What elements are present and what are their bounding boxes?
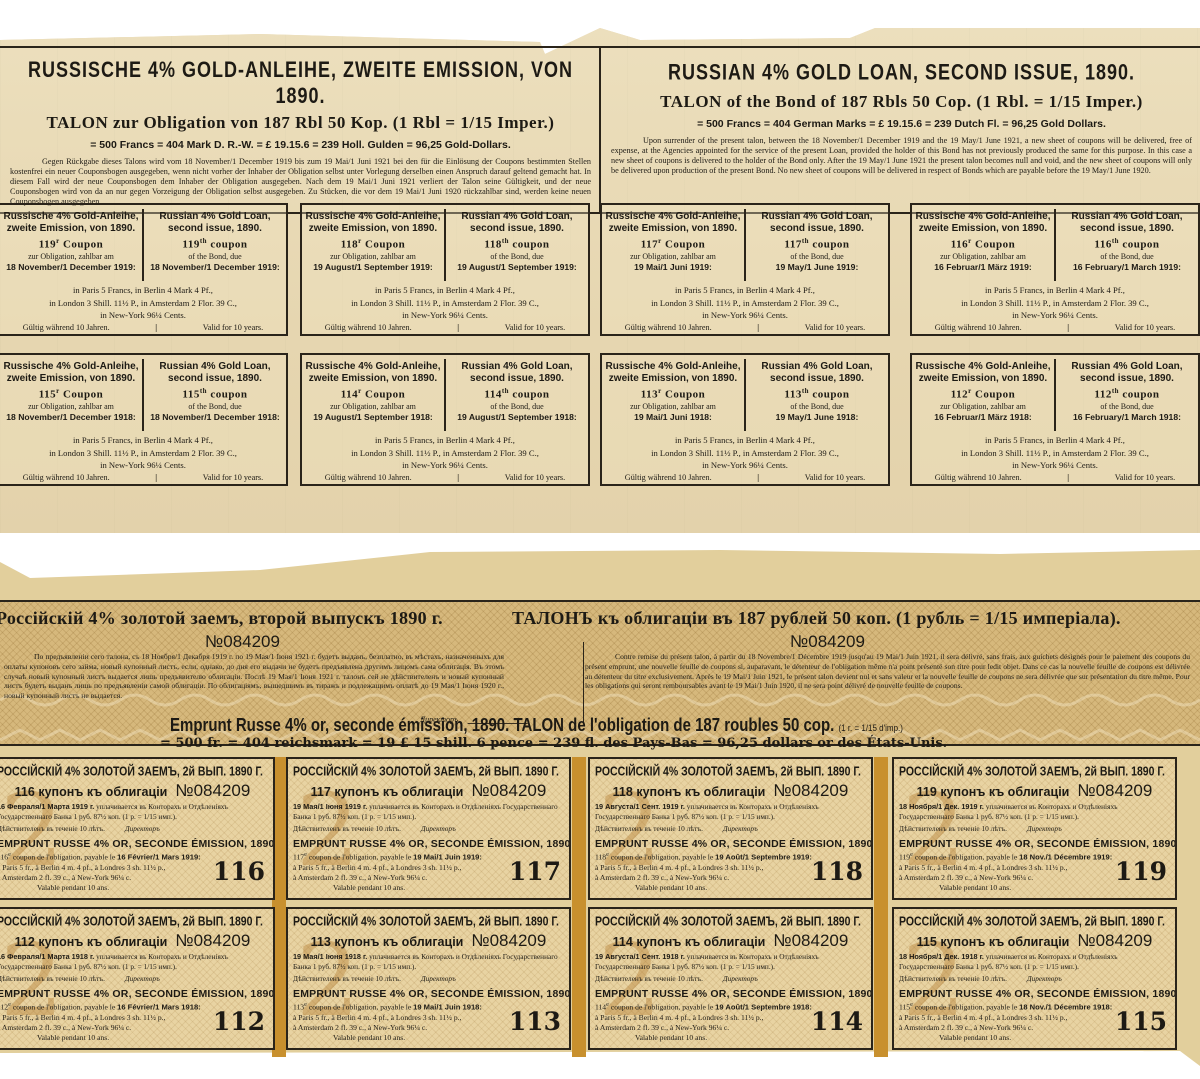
english-due-label: of the Bond, due: [144, 402, 286, 411]
bottom-coupon: 2 РОССІЙСКІЙ 4% ЗОЛОТОЙ ЗАЕМЪ, 2й ВЫП. 1…: [588, 757, 873, 900]
russian-payment-text: 18 Ноября/1 Дек. 1918 г. уплачивается въ…: [899, 952, 1170, 971]
russian-talon-title: ТАЛОНЪ къ облигаціи въ 187 рублей 50 коп…: [512, 608, 1121, 629]
german-loan-name: Russische 4% Gold-Anleihe,: [302, 361, 444, 373]
french-coupon-word: coupon de l'obligation, payable le: [13, 1003, 115, 1012]
validity-german: Gültig während 10 Jahren.: [23, 323, 110, 332]
english-loan-name: Russian 4% Gold Loan,: [144, 211, 286, 223]
french-due-date: 19 Mai/1 Juin 1918:: [413, 1003, 482, 1012]
english-coupon-number: 112th coupon: [1056, 387, 1198, 401]
coupon-english: Russian 4% Gold Loan, second issue, 1890…: [1054, 359, 1198, 431]
coupon-number: 116: [15, 785, 35, 799]
validity-row: Gültig während 10 Jahren. | Valid for 10…: [0, 323, 286, 332]
payment-line: in London 3 Shill. 11½ P., in Amsterdam …: [602, 447, 888, 460]
french-title-ratio: (1 r. = 1/15 d'imp.): [838, 723, 902, 734]
german-coupon-number: 119r Coupon: [0, 237, 142, 251]
coupon-number-large: 118: [811, 857, 863, 886]
russian-coupon-heading: 114 купонъ къ облигаціи №084209: [595, 931, 866, 951]
german-loan-issue: zweite Emission, von 1890.: [602, 373, 744, 385]
payment-amounts: in Paris 5 Francs, in Berlin 4 Mark 4 Pf…: [302, 434, 588, 472]
russian-payment-text: 19 Августа/1 Сент. 1918 г. уплачивается …: [595, 952, 866, 971]
english-loan-issue: second issue, 1890.: [144, 223, 286, 235]
payment-amounts: in Paris 5 Francs, in Berlin 4 Mark 4 Pf…: [0, 434, 286, 472]
french-coupon-word: coupon de l'obligation, payable le: [915, 853, 1017, 862]
payment-line: in New-York 96¼ Cents.: [302, 459, 588, 472]
divider: |: [1067, 473, 1069, 482]
english-loan-issue: second issue, 1890.: [1056, 373, 1198, 385]
validity-row: Gültig während 10 Jahren. | Valid for 10…: [0, 473, 286, 482]
payment-line: in London 3 Shill. 11½ P., in Amsterdam …: [0, 447, 286, 460]
serial-number: №084209: [175, 931, 250, 951]
russian-loan-name: РОССІЙСКІЙ 4% ЗОЛОТОЙ ЗАЕМЪ, 2й ВЫП. 189…: [293, 915, 564, 929]
russian-validity-row: Дѣйствителенъ въ теченіе 10 лѣтъ.Директо…: [899, 974, 1170, 983]
russian-validity-row: Дѣйствителенъ въ теченіе 10 лѣтъ.Директо…: [899, 824, 1170, 833]
russian-validity-row: Дѣйствителенъ въ теченіе 10 лѣтъ.Директо…: [0, 974, 268, 983]
coupon-number: 115: [899, 1003, 910, 1012]
coupon-word: купонъ къ облигаціи: [940, 785, 1069, 799]
english-coupon-number: 117th coupon: [746, 237, 888, 251]
director-label: Директоръ: [723, 824, 758, 833]
top-coupon: Russische 4% Gold-Anleihe, zweite Emissi…: [600, 353, 890, 486]
german-payable-label: zur Obligation, zahlbar am: [602, 402, 744, 411]
german-payable-label: zur Obligation, zahlbar am: [302, 252, 444, 261]
english-due-date: 19 August/1 September 1919:: [446, 262, 588, 272]
russian-validity-row: Дѣйствителенъ въ теченіе 10 лѣтъ.Директо…: [0, 824, 268, 833]
payment-line: in Paris 5 Francs, in Berlin 4 Mark 4 Pf…: [302, 284, 588, 297]
coupon-number: 112: [15, 935, 35, 949]
bottom-coupon: 2 РОССІЙСКІЙ 4% ЗОЛОТОЙ ЗАЕМЪ, 2й ВЫП. 1…: [588, 907, 873, 1050]
coupon-number: 119: [917, 785, 937, 799]
bottom-coupon: 2 РОССІЙСКІЙ 4% ЗОЛОТОЙ ЗАЕМЪ, 2й ВЫП. 1…: [286, 907, 571, 1050]
russian-due-date: 16 Февраля/1 Марта 1918 г.: [0, 952, 94, 961]
payment-amounts: in Paris 5 Francs, in Berlin 4 Mark 4 Pf…: [912, 284, 1198, 322]
bottom-coupon: 2 РОССІЙСКІЙ 4% ЗОЛОТОЙ ЗАЕМЪ, 2й ВЫП. 1…: [286, 757, 571, 900]
russian-validity: Дѣйствителенъ въ теченіе 10 лѣтъ.: [293, 974, 401, 983]
english-loan-name: Russian 4% Gold Loan,: [1056, 361, 1198, 373]
coupon-english: Russian 4% Gold Loan, second issue, 1890…: [744, 359, 888, 431]
validity-english: Valid for 10 years.: [505, 473, 565, 482]
coupon-number: 117: [311, 785, 331, 799]
german-coupon-number: 113r Coupon: [602, 387, 744, 401]
coupon-german: Russische 4% Gold-Anleihe, zweite Emissi…: [0, 355, 142, 431]
validity-row: Gültig während 10 Jahren. | Valid for 10…: [912, 323, 1198, 332]
director-label: Директоръ: [1027, 824, 1062, 833]
payment-line: in London 3 Shill. 11½ P., in Amsterdam …: [0, 297, 286, 310]
german-due-date: 18 November/1 December 1918:: [0, 412, 142, 422]
russian-loan-name: РОССІЙСКІЙ 4% ЗОЛОТОЙ ЗАЕМЪ, 2й ВЫП. 189…: [0, 915, 268, 929]
german-coupon-number: 116r Coupon: [912, 237, 1054, 251]
russian-loan-name: РОССІЙСКІЙ 4% ЗОЛОТОЙ ЗАЕМЪ, 2й ВЫП. 189…: [595, 765, 866, 779]
french-due-date: 19 Août/1 Septembre 1918:: [715, 1003, 812, 1012]
german-due-date: 19 Mai/1 Juni 1918:: [602, 412, 744, 422]
german-payable-label: zur Obligation, zahlbar am: [0, 252, 142, 261]
french-coupon-word: coupon de l'obligation, payable le: [611, 853, 713, 862]
validity-row: Gültig während 10 Jahren. | Valid for 10…: [302, 473, 588, 482]
german-loan-issue: zweite Emission, von 1890.: [912, 223, 1054, 235]
validity-english: Valid for 10 years.: [805, 473, 865, 482]
french-due-date: 18 Nov./1 Décembre 1919:: [1019, 853, 1112, 862]
english-equivalents: = 500 Francs = 404 German Marks = £ 19.1…: [611, 118, 1192, 130]
payment-amounts: in Paris 5 Francs, in Berlin 4 Mark 4 Pf…: [602, 284, 888, 322]
validity-german: Gültig während 10 Jahren.: [325, 323, 412, 332]
french-due-date: 16 Février/1 Mars 1918:: [117, 1003, 201, 1012]
french-coupon-word: coupon de l'obligation, payable le: [611, 1003, 713, 1012]
english-loan-issue: second issue, 1890.: [446, 373, 588, 385]
column-divider: [583, 642, 584, 722]
russian-loan-name: РОССІЙСКІЙ 4% ЗОЛОТОЙ ЗАЕМЪ, 2й ВЫП. 189…: [899, 765, 1170, 779]
german-due-date: 19 August/1 September 1918:: [302, 412, 444, 422]
german-loan-issue: zweite Emission, von 1890.: [602, 223, 744, 235]
payment-line: in New-York 96¼ Cents.: [302, 309, 588, 322]
payment-line: in Paris 5 Francs, in Berlin 4 Mark 4 Pf…: [912, 284, 1198, 297]
payment-line: in London 3 Shill. 11½ P., in Amsterdam …: [912, 447, 1198, 460]
payment-line: in New-York 96¼ Cents.: [602, 459, 888, 472]
coupon-german: Russische 4% Gold-Anleihe, zweite Emissi…: [302, 355, 444, 431]
coupon-word: купонъ къ облигаціи: [940, 935, 1069, 949]
russian-validity: Дѣйствителенъ въ теченіе 10 лѣтъ.: [899, 974, 1007, 983]
coupon-number-large: 113: [509, 1007, 561, 1036]
russian-loan-name: РОССІЙСКІЙ 4% ЗОЛОТОЙ ЗАЕМЪ, 2й ВЫП. 189…: [0, 765, 268, 779]
russian-title: Россійскій 4% золотой заемъ, второй выпу…: [0, 608, 443, 629]
validity-english: Valid for 10 years.: [805, 323, 865, 332]
english-due-label: of the Bond, due: [144, 252, 286, 261]
russian-coupon-heading: 113 купонъ къ облигаціи №084209: [293, 931, 564, 951]
validity-german: Gültig während 10 Jahren.: [625, 323, 712, 332]
coupon-german: Russische 4% Gold-Anleihe, zweite Emissi…: [602, 355, 744, 431]
coupon-english: Russian 4% Gold Loan, second issue, 1890…: [142, 359, 286, 431]
validity-english: Valid for 10 years.: [203, 323, 263, 332]
german-title: RUSSISCHE 4% GOLD-ANLEIHE, ZWEITE EMISSI…: [10, 57, 591, 110]
russian-validity: Дѣйствителенъ въ теченіе 10 лѣтъ.: [0, 824, 105, 833]
french-loan-name: EMPRUNT RUSSE 4% OR, SECONDE ÉMISSION, 1…: [899, 988, 1170, 1000]
validity-row: Gültig während 10 Jahren. | Valid for 10…: [602, 473, 888, 482]
divider: |: [1067, 323, 1069, 332]
coupon-number: 113: [293, 1003, 304, 1012]
german-payable-label: zur Obligation, zahlbar am: [912, 402, 1054, 411]
german-coupon-number: 112r Coupon: [912, 387, 1054, 401]
top-coupon: Russische 4% Gold-Anleihe, zweite Emissi…: [910, 203, 1200, 336]
coupon-number: 115: [917, 935, 937, 949]
talon-header-top: RUSSISCHE 4% GOLD-ANLEIHE, ZWEITE EMISSI…: [0, 46, 1200, 214]
coupon-number: 118: [613, 785, 633, 799]
english-loan-name: Russian 4% Gold Loan,: [746, 211, 888, 223]
english-loan-name: Russian 4% Gold Loan,: [746, 361, 888, 373]
validity-german: Gültig während 10 Jahren.: [935, 473, 1022, 482]
payment-line: in New-York 96¼ Cents.: [0, 459, 286, 472]
coupon-word: купонъ къ облигаціи: [38, 785, 167, 799]
russian-payment-text: 16 Февраля/1 Марта 1919 г. уплачивается …: [0, 802, 268, 821]
english-loan-issue: second issue, 1890.: [446, 223, 588, 235]
top-coupon: Russische 4% Gold-Anleihe, zweite Emissi…: [0, 203, 288, 336]
coupon-number-large: 112: [213, 1007, 265, 1036]
payment-amounts: in Paris 5 Francs, in Berlin 4 Mark 4 Pf…: [302, 284, 588, 322]
german-due-date: 16 Februar/1 März 1919:: [912, 262, 1054, 272]
gold-margin-strip: [874, 757, 888, 1057]
english-coupon-number: 118th coupon: [446, 237, 588, 251]
english-title: RUSSIAN 4% GOLD LOAN, SECOND ISSUE, 1890…: [611, 59, 1192, 85]
coupon-german: Russische 4% Gold-Anleihe, zweite Emissi…: [0, 205, 142, 281]
payment-line: in Paris 5 Francs, in Berlin 4 Mark 4 Pf…: [602, 434, 888, 447]
validity-row: Gültig während 10 Jahren. | Valid for 10…: [912, 473, 1198, 482]
bottom-coupon: 2 РОССІЙСКІЙ 4% ЗОЛОТОЙ ЗАЕМЪ, 2й ВЫП. 1…: [0, 757, 275, 900]
coupon-word: купонъ къ облигаціи: [636, 935, 765, 949]
coupon-number: 114: [613, 935, 633, 949]
german-payable-label: zur Obligation, zahlbar am: [302, 402, 444, 411]
german-due-date: 19 Mai/1 Juni 1919:: [602, 262, 744, 272]
german-due-date: 18 November/1 December 1919:: [0, 262, 142, 272]
russian-coupon-heading: 117 купонъ къ облигаціи №084209: [293, 781, 564, 801]
german-payable-label: zur Obligation, zahlbar am: [912, 252, 1054, 261]
serial-number-left: №084209: [205, 632, 280, 652]
english-subtitle: TALON of the Bond of 187 Rbls 50 Cop. (1…: [611, 92, 1192, 112]
russian-validity: Дѣйствителенъ въ теченіе 10 лѣтъ.: [595, 824, 703, 833]
payment-line: in Paris 5 Francs, in Berlin 4 Mark 4 Pf…: [0, 284, 286, 297]
german-loan-name: Russische 4% Gold-Anleihe,: [602, 361, 744, 373]
payment-line: in London 3 Shill. 11½ P., in Amsterdam …: [302, 297, 588, 310]
director-label: Директоръ: [1027, 974, 1062, 983]
german-due-date: 19 August/1 September 1919:: [302, 262, 444, 272]
payment-line: in London 3 Shill. 11½ P., in Amsterdam …: [302, 447, 588, 460]
coupon-german: Russische 4% Gold-Anleihe, zweite Emissi…: [602, 205, 744, 281]
coupon-number-large: 114: [811, 1007, 863, 1036]
payment-line: in Paris 5 Francs, in Berlin 4 Mark 4 Pf…: [302, 434, 588, 447]
russian-validity: Дѣйствителенъ въ теченіе 10 лѣтъ.: [899, 824, 1007, 833]
russian-due-date: 19 Мая/1 Іюня 1919 г.: [293, 802, 367, 811]
english-coupon-number: 115th coupon: [144, 387, 286, 401]
russian-validity-row: Дѣйствителенъ въ теченіе 10 лѣтъ.Директо…: [595, 824, 866, 833]
russian-payment-text: 19 Мая/1 Іюня 1919 г. уплачивается въ Ко…: [293, 802, 564, 821]
english-loan-name: Russian 4% Gold Loan,: [446, 361, 588, 373]
coupon-english: Russian 4% Gold Loan, second issue, 1890…: [1054, 209, 1198, 281]
german-coupon-number: 114r Coupon: [302, 387, 444, 401]
payment-line: in Paris 5 Francs, in Berlin 4 Mark 4 Pf…: [912, 434, 1198, 447]
coupon-number-large: 115: [1115, 1007, 1167, 1036]
english-due-date: 18 November/1 December 1918:: [144, 412, 286, 422]
top-coupon: Russische 4% Gold-Anleihe, zweite Emissi…: [300, 353, 590, 486]
french-title: Emprunt Russe 4% or, seconde émission, 1…: [170, 715, 903, 735]
validity-german: Gültig während 10 Jahren.: [625, 473, 712, 482]
english-due-date: 19 May/1 June 1919:: [746, 262, 888, 272]
french-due-date: 19 Mai/1 Juin 1919:: [413, 853, 482, 862]
english-loan-name: Russian 4% Gold Loan,: [144, 361, 286, 373]
english-loan-issue: second issue, 1890.: [1056, 223, 1198, 235]
payment-line: in New-York 96¼ Cents.: [602, 309, 888, 322]
serial-number: №084209: [1077, 931, 1152, 951]
coupon-number: 116: [0, 853, 8, 862]
german-coupon-number: 117r Coupon: [602, 237, 744, 251]
coupon-word: купонъ къ облигаціи: [38, 935, 167, 949]
english-due-date: 18 November/1 December 1919:: [144, 262, 286, 272]
english-due-label: of the Bond, due: [746, 402, 888, 411]
validity-row: Gültig während 10 Jahren. | Valid for 10…: [602, 323, 888, 332]
german-payable-label: zur Obligation, zahlbar am: [0, 402, 142, 411]
english-loan-issue: second issue, 1890.: [746, 223, 888, 235]
director-label: Директоръ: [421, 974, 456, 983]
english-loan-name: Russian 4% Gold Loan,: [1056, 211, 1198, 223]
german-payable-label: zur Obligation, zahlbar am: [602, 252, 744, 261]
coupon-number: 114: [595, 1003, 606, 1012]
top-coupon: Russische 4% Gold-Anleihe, zweite Emissi…: [910, 353, 1200, 486]
serial-number: №084209: [471, 931, 546, 951]
french-coupon-word: coupon de l'obligation, payable le: [309, 853, 411, 862]
english-coupon-number: 114th coupon: [446, 387, 588, 401]
director-label: Директоръ: [125, 974, 160, 983]
russian-validity: Дѣйствителенъ въ теченіе 10 лѣтъ.: [0, 974, 105, 983]
german-loan-issue: zweite Emission, von 1890.: [912, 373, 1054, 385]
bottom-coupon: 2 РОССІЙСКІЙ 4% ЗОЛОТОЙ ЗАЕМЪ, 2й ВЫП. 1…: [0, 907, 275, 1050]
french-coupon-word: coupon de l'obligation, payable le: [309, 1003, 411, 1012]
russian-due-date: 18 Ноября/1 Дек. 1919 г.: [899, 802, 984, 811]
russian-due-date: 16 Февраля/1 Марта 1919 г.: [0, 802, 94, 811]
french-due-date: 16 Février/1 Mars 1919:: [117, 853, 201, 862]
serial-number: №084209: [175, 781, 250, 801]
french-title-text: Emprunt Russe 4% or, seconde émission, 1…: [170, 715, 834, 735]
russian-payment-text: 19 Мая/1 Іюня 1918 г. уплачивается въ Ко…: [293, 952, 564, 971]
russian-payment-text: 16 Февраля/1 Марта 1918 г. уплачивается …: [0, 952, 268, 971]
divider: |: [757, 323, 759, 332]
bottom-coupon: 2 РОССІЙСКІЙ 4% ЗОЛОТОЙ ЗАЕМЪ, 2й ВЫП. 1…: [892, 907, 1177, 1050]
russian-due-date: 19 Августа/1 Сент. 1919 г.: [595, 802, 685, 811]
french-loan-name: EMPRUNT RUSSE 4% OR, SECONDE ÉMISSION, 1…: [0, 988, 268, 1000]
payment-amounts: in Paris 5 Francs, in Berlin 4 Mark 4 Pf…: [0, 284, 286, 322]
divider: |: [155, 323, 157, 332]
validity-german: Gültig während 10 Jahren.: [23, 473, 110, 482]
french-body: Contre remise du présent talon, à partir…: [585, 652, 1190, 691]
russian-payment-text: 19 Августа/1 Сент. 1919 г. уплачивается …: [595, 802, 866, 821]
russian-loan-name: РОССІЙСКІЙ 4% ЗОЛОТОЙ ЗАЕМЪ, 2й ВЫП. 189…: [595, 915, 866, 929]
talon-header-bottom: Россійскій 4% золотой заемъ, второй выпу…: [0, 600, 1200, 746]
divider: |: [457, 473, 459, 482]
german-coupon-number: 118r Coupon: [302, 237, 444, 251]
coupon-number-large: 116: [213, 857, 265, 886]
french-loan-name: EMPRUNT RUSSE 4% OR, SECONDE ÉMISSION, 1…: [899, 838, 1170, 850]
coupon-german: Russische 4% Gold-Anleihe, zweite Emissi…: [912, 355, 1054, 431]
german-loan-name: Russische 4% Gold-Anleihe,: [912, 211, 1054, 223]
coupon-english: Russian 4% Gold Loan, second issue, 1890…: [142, 209, 286, 281]
russian-validity-row: Дѣйствителенъ въ теченіе 10 лѣтъ.Директо…: [595, 974, 866, 983]
english-coupon-number: 116th coupon: [1056, 237, 1198, 251]
serial-number: №084209: [471, 781, 546, 801]
russian-due-date: 19 Августа/1 Сент. 1918 г.: [595, 952, 685, 961]
german-loan-issue: zweite Emission, von 1890.: [0, 223, 142, 235]
coupon-word: купонъ къ облигаціи: [334, 785, 463, 799]
coupon-number: 118: [595, 853, 606, 862]
german-equivalents: = 500 Francs = 404 Mark D. R.-W. = £ 19.…: [10, 139, 591, 151]
validity-english: Valid for 10 years.: [203, 473, 263, 482]
serial-number: №084209: [773, 781, 848, 801]
coupon-number: 112: [0, 1003, 8, 1012]
russian-validity: Дѣйствителенъ въ теченіе 10 лѣтъ.: [595, 974, 703, 983]
validity-row: Gültig während 10 Jahren. | Valid for 10…: [302, 323, 588, 332]
coupon-number-large: 119: [1115, 857, 1167, 886]
english-coupon-number: 113th coupon: [746, 387, 888, 401]
german-loan-issue: zweite Emission, von 1890.: [302, 223, 444, 235]
coupon-german: Russische 4% Gold-Anleihe, zweite Emissi…: [302, 205, 444, 281]
french-loan-name: EMPRUNT RUSSE 4% OR, SECONDE ÉMISSION, 1…: [595, 838, 866, 850]
divider: |: [757, 473, 759, 482]
coupon-number: 119: [899, 853, 910, 862]
payment-amounts: in Paris 5 Francs, in Berlin 4 Mark 4 Pf…: [602, 434, 888, 472]
german-loan-name: Russische 4% Gold-Anleihe,: [912, 361, 1054, 373]
russian-coupon-heading: 119 купонъ къ облигаціи №084209: [899, 781, 1170, 801]
russian-validity: Дѣйствителенъ въ теченіе 10 лѣтъ.: [293, 824, 401, 833]
validity-english: Valid for 10 years.: [1115, 323, 1175, 332]
german-subtitle: TALON zur Obligation von 187 Rbl 50 Kop.…: [10, 113, 591, 133]
english-due-label: of the Bond, due: [446, 402, 588, 411]
coupon-german: Russische 4% Gold-Anleihe, zweite Emissi…: [912, 205, 1054, 281]
coupon-english: Russian 4% Gold Loan, second issue, 1890…: [444, 209, 588, 281]
coupon-number: 113: [311, 935, 331, 949]
german-body: Gegen Rückgabe dieses Talons wird vom 18…: [10, 157, 591, 207]
payment-line: in New-York 96¼ Cents.: [0, 309, 286, 322]
russian-due-date: 18 Ноября/1 Дек. 1918 г.: [899, 952, 984, 961]
bottom-coupon: 2 РОССІЙСКІЙ 4% ЗОЛОТОЙ ЗАЕМЪ, 2й ВЫП. 1…: [892, 757, 1177, 900]
english-due-date: 19 August/1 September 1918:: [446, 412, 588, 422]
russian-coupon-heading: 116 купонъ къ облигаціи №084209: [0, 781, 268, 801]
german-due-date: 16 Februar/1 März 1918:: [912, 412, 1054, 422]
french-equivalents: = 500 fr. = 404 reichsmark = 19 £ 15 shi…: [160, 736, 947, 751]
serial-number: №084209: [1077, 781, 1152, 801]
russian-loan-name: РОССІЙСКІЙ 4% ЗОЛОТОЙ ЗАЕМЪ, 2й ВЫП. 189…: [293, 765, 564, 779]
russian-validity-row: Дѣйствителенъ въ теченіе 10 лѣтъ.Директо…: [293, 974, 564, 983]
german-loan-name: Russische 4% Gold-Anleihe,: [0, 361, 142, 373]
german-loan-name: Russische 4% Gold-Anleihe,: [0, 211, 142, 223]
english-due-label: of the Bond, due: [1056, 402, 1198, 411]
talon-header-german: RUSSISCHE 4% GOLD-ANLEIHE, ZWEITE EMISSI…: [0, 48, 599, 212]
talon-header-english: RUSSIAN 4% GOLD LOAN, SECOND ISSUE, 1890…: [599, 48, 1200, 212]
director-label: Директоръ: [421, 824, 456, 833]
payment-line: in London 3 Shill. 11½ P., in Amsterdam …: [912, 297, 1198, 310]
payment-line: in Paris 5 Francs, in Berlin 4 Mark 4 Pf…: [602, 284, 888, 297]
coupon-number: 117: [293, 853, 304, 862]
serial-number-right: №084209: [790, 632, 865, 652]
russian-due-date: 19 Мая/1 Іюня 1918 г.: [293, 952, 367, 961]
english-coupon-number: 119th coupon: [144, 237, 286, 251]
french-coupon-word: coupon de l'obligation, payable le: [13, 853, 115, 862]
russian-coupon-heading: 112 купонъ къ облигаціи №084209: [0, 931, 268, 951]
french-coupon-word: coupon de l'obligation, payable le: [915, 1003, 1017, 1012]
english-due-date: 19 May/1 June 1918:: [746, 412, 888, 422]
payment-amounts: in Paris 5 Francs, in Berlin 4 Mark 4 Pf…: [912, 434, 1198, 472]
coupon-english: Russian 4% Gold Loan, second issue, 1890…: [744, 209, 888, 281]
director-label: Директоръ: [723, 974, 758, 983]
german-loan-issue: zweite Emission, von 1890.: [302, 373, 444, 385]
director-label: Директоръ: [125, 824, 160, 833]
russian-validity-row: Дѣйствителенъ въ теченіе 10 лѣтъ.Директо…: [293, 824, 564, 833]
coupon-word: купонъ къ облигаціи: [636, 785, 765, 799]
french-due-date: 19 Août/1 Septembre 1919:: [715, 853, 812, 862]
english-due-label: of the Bond, due: [746, 252, 888, 261]
english-due-date: 16 February/1 March 1918:: [1056, 412, 1198, 422]
english-loan-issue: second issue, 1890.: [144, 373, 286, 385]
coupon-number-large: 117: [509, 857, 561, 886]
validity-english: Valid for 10 years.: [1115, 473, 1175, 482]
validity-english: Valid for 10 years.: [505, 323, 565, 332]
coupon-word: купонъ къ облигаціи: [334, 935, 463, 949]
gold-margin-strip: [572, 757, 586, 1057]
english-loan-name: Russian 4% Gold Loan,: [446, 211, 588, 223]
payment-line: in New-York 96¼ Cents.: [912, 309, 1198, 322]
russian-coupon-heading: 115 купонъ къ облигаціи №084209: [899, 931, 1170, 951]
divider: |: [457, 323, 459, 332]
russian-payment-text: 18 Ноября/1 Дек. 1919 г. уплачивается въ…: [899, 802, 1170, 821]
payment-line: in Paris 5 Francs, in Berlin 4 Mark 4 Pf…: [0, 434, 286, 447]
validity-german: Gültig während 10 Jahren.: [325, 473, 412, 482]
german-loan-name: Russische 4% Gold-Anleihe,: [602, 211, 744, 223]
german-loan-issue: zweite Emission, von 1890.: [0, 373, 142, 385]
russian-coupon-heading: 118 купонъ къ облигаціи №084209: [595, 781, 866, 801]
french-due-date: 18 Nov./1 Décembre 1918:: [1019, 1003, 1112, 1012]
english-due-label: of the Bond, due: [446, 252, 588, 261]
